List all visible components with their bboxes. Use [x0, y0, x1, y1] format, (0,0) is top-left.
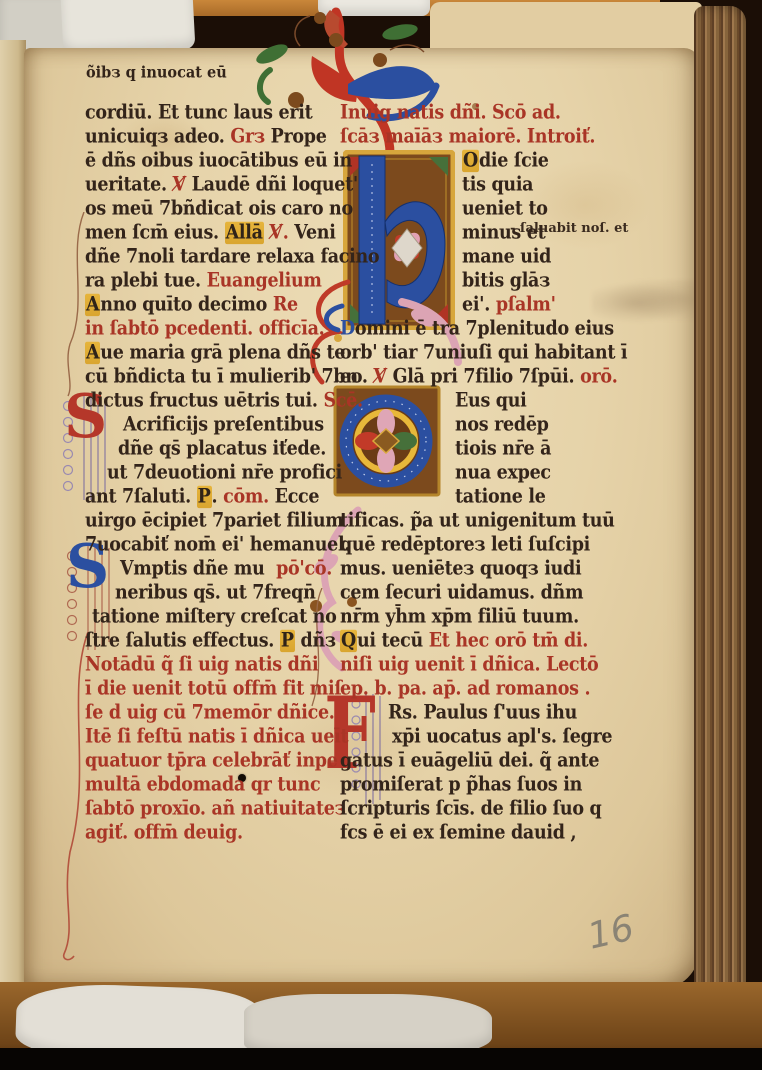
text-segment: ſcripturis ſcīs. de filio ſuo q [340, 798, 601, 820]
text-segment: pſalm' [496, 294, 556, 316]
text-segment: Rs. Paulus ſ'uus ihu [388, 702, 577, 724]
text-line: ſcripturis ſcīs. de filio ſuo q [340, 800, 601, 820]
text-line: mus. ueniēteз quoqз iudi [340, 560, 581, 580]
text-segment: ei'. [462, 294, 496, 316]
text-segment: bitis glāз [462, 270, 550, 292]
text-segment: O [462, 150, 479, 172]
text-line: mane uid [462, 248, 551, 268]
text-line: ep. b. pa. ap̄. ad romanos . [340, 680, 590, 700]
text-segment: tificas. p̃a ut unigenitum tuū [340, 510, 615, 532]
text-segment: mane uid [462, 246, 551, 268]
text-segment: V̸ [373, 366, 392, 388]
text-segment: fcs ē ei ex ſemine dauid , [340, 822, 576, 844]
manuscript-photo: õibз q inuocat eū 16 16 - ſaluabit noſ. … [0, 0, 762, 1070]
text-segment: promiſerat p p̃has ſuos in [340, 774, 582, 796]
text-line: Eus qui [455, 392, 527, 412]
text-segment: nua expec [455, 462, 551, 484]
text-segment: tiois nr̄e ā [455, 438, 551, 460]
text-segment: niſi uig uenit ī dñica. Lectō [340, 654, 598, 676]
text-segment: gatus ī euāgeliū dei. q̃ ante [340, 750, 599, 772]
text-line: Domini ē tra 7plenitudo eius [340, 320, 614, 340]
text-line: Inuig natis dñi. Scō ad. [340, 104, 561, 124]
text-line: Qui tecū Et hec orō tm̄ di. [340, 632, 588, 652]
text-line: minus et [462, 224, 545, 244]
text-line: niſi uig uenit ī dñica. Lectō [340, 656, 598, 676]
text-line: Odie ſcie [462, 152, 549, 172]
fore-edge-page-stack [694, 6, 746, 1020]
text-segment: Et hec orō tm̄ di. [429, 630, 588, 652]
text-segment: mus. ueniēteз quoqз iudi [340, 558, 581, 580]
text-segment: quē redēptoreз leti ſuſcipi [340, 534, 590, 556]
text-segment: Eus qui [455, 390, 527, 412]
text-segment: ui tecū [357, 630, 429, 652]
text-segment: ſcāз maīāз maiorē. Introiť. [340, 126, 595, 148]
text-segment: Q [340, 630, 357, 652]
text-segment: orō. [580, 366, 617, 388]
text-line: orb' tiar 7uniuſi qui habitant ī [340, 344, 627, 364]
text-line: Rs. Paulus ſ'uus ihu [388, 704, 577, 724]
text-line: nos redēp [455, 416, 549, 436]
text-segment: Glā pri 7filio 7ſpūi. [393, 366, 581, 388]
text-segment: die ſcie [479, 150, 549, 172]
text-line: tiois nr̄e ā [455, 440, 551, 460]
text-segment: omini ē tra 7plenitudo eius [355, 318, 614, 340]
photo-bottom-border [0, 1048, 762, 1070]
text-segment: minus et [462, 222, 545, 244]
text-line: nr̄m yh̄m xp̄m filiū tuum. [340, 608, 579, 628]
text-line: eo. V̸ Glā pri 7filio 7ſpūi. orō. [340, 368, 618, 388]
text-line: ei'. pſalm' [462, 296, 556, 316]
text-line: gatus ī euāgeliū dei. q̃ ante [340, 752, 599, 772]
text-line: ſcāз maīāз maiorē. Introiť. [340, 128, 595, 148]
text-segment: tatione le [455, 486, 546, 508]
text-line: tis quia [462, 176, 533, 196]
text-segment: ep. b. pa. ap̄. ad romanos . [340, 678, 590, 700]
text-segment: nr̄m yh̄m xp̄m filiū tuum. [340, 606, 579, 628]
text-segment: Inuig natis dñi. Scō ad. [340, 102, 561, 124]
text-line: tatione le [455, 488, 546, 508]
right-text-column: Inuig natis dñi. Scō ad.ſcāз maīāз maior… [0, 0, 762, 1070]
text-line: bitis glāз [462, 272, 550, 292]
text-segment: ueniet to [462, 198, 548, 220]
text-line: nua expec [455, 464, 551, 484]
text-line: quē redēptoreз leti ſuſcipi [340, 536, 590, 556]
text-segment: cem ſecuri uidamus. dñm [340, 582, 583, 604]
text-segment: orb' tiar 7uniuſi qui habitant ī [340, 342, 627, 364]
tissue-paper [244, 994, 492, 1056]
text-line: promiſerat p p̃has ſuos in [340, 776, 582, 796]
text-segment: nos redēp [455, 414, 549, 436]
text-line: fcs ē ei ex ſemine dauid , [340, 824, 576, 844]
text-segment: tis quia [462, 174, 533, 196]
text-line: ueniet to [462, 200, 548, 220]
text-line: tificas. p̃a ut unigenitum tuū [340, 512, 615, 532]
text-segment: eo. [340, 366, 373, 388]
text-segment: xp̄i uocatus apl's. ſegre [392, 726, 612, 748]
text-line: xp̄i uocatus apl's. ſegre [392, 728, 612, 748]
text-segment: D [340, 318, 355, 340]
text-line: cem ſecuri uidamus. dñm [340, 584, 583, 604]
